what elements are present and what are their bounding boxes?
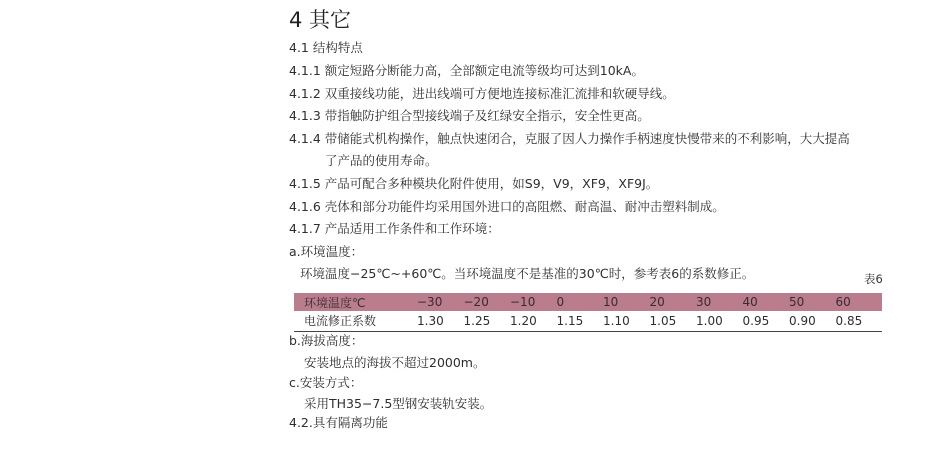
table-header-cell: 60 [836,295,883,309]
feature-item-4-1-7: 4.1.7 产品适用工作条件和工作环境： [289,220,500,238]
env-temp-label: a.环境温度： [289,243,363,261]
correction-factor-table: 环境温度℃ −30 −20 −10 0 10 20 30 40 50 60 电流… [294,293,882,330]
table-cell: 1.15 [557,314,604,328]
table-header-cell: −30 [417,295,464,309]
table-cell: 1.20 [510,314,557,328]
table-row-label: 电流修正系数 [294,312,417,329]
table-header-cell: 40 [743,295,790,309]
table-header-cell: 0 [557,295,604,309]
table-cell: 1.30 [417,314,464,328]
table-header-row: 环境温度℃ −30 −20 −10 0 10 20 30 40 50 60 [294,293,882,311]
table-header-cell: 30 [696,295,743,309]
table-cell: 1.05 [650,314,697,328]
table-header-cell: 50 [789,295,836,309]
table-caption: 表6 [864,271,883,287]
altitude-text: 安装地点的海拔不超过2000m。 [304,354,486,372]
table-header-cell: 10 [603,295,650,309]
table-header-label: 环境温度℃ [294,294,417,311]
table-bottom-rule [294,331,882,332]
altitude-label: b.海拔高度： [289,332,363,350]
isolation-heading: 4.2.具有隔离功能 [289,414,388,432]
mounting-label: c.安装方式： [289,374,362,392]
table-header-cell: −20 [464,295,511,309]
feature-item-4-1-1: 4.1.1 额定短路分断能力高，全部额定电流等级均可达到10kA。 [289,62,644,80]
mounting-text: 采用TH35−7.5型钢安装轨安装。 [304,395,492,413]
feature-item-4-1-6: 4.1.6 壳体和部分功能件均采用国外进口的高阻燃、耐高温、耐冲击塑料制成。 [289,198,725,216]
feature-item-4-1-3: 4.1.3 带指触防护组合型接线端子及红绿安全指示，安全性更高。 [289,107,650,125]
feature-item-4-1-4-continued: 了产品的使用寿命。 [325,152,438,170]
table-cell: 1.25 [464,314,511,328]
feature-item-4-1-5: 4.1.5 产品可配合多种模块化附件使用，如S9，V9，XF9，XF9J。 [289,175,658,193]
feature-item-4-1-4: 4.1.4 带储能式机构操作，触点快速闭合，克服了因人力操作手柄速度快慢带来的不… [289,130,850,148]
table-cell: 0.85 [836,314,883,328]
document-page: 4 其它 4.1 结构特点 4.1.1 额定短路分断能力高，全部额定电流等级均可… [0,0,950,452]
table-cell: 1.10 [603,314,650,328]
subsection-title: 4.1 结构特点 [289,39,363,57]
table-cell: 1.00 [696,314,743,328]
table-header-cell: −10 [510,295,557,309]
section-title: 4 其它 [289,6,351,34]
feature-item-4-1-2: 4.1.2 双重接线功能，进出线端可方便地连接标准汇流排和软硬导线。 [289,85,675,103]
table-cell: 0.90 [789,314,836,328]
table-cell: 0.95 [743,314,790,328]
table-row: 电流修正系数 1.30 1.25 1.20 1.15 1.10 1.05 1.0… [294,311,882,330]
table-header-cell: 20 [650,295,697,309]
env-temp-text: 环境温度−25℃~+60℃。当环境温度不是基准的30℃时，参考表6的系数修正。 [300,265,754,283]
